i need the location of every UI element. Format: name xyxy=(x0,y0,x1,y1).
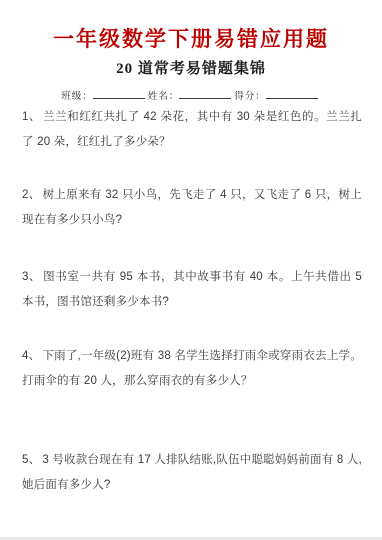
name-blank-line xyxy=(179,89,231,99)
problem-1-number: 1、 xyxy=(22,111,41,123)
score-label: 得分： xyxy=(234,91,266,102)
problem-5: 5、3 号收款台现在有 17 人排队结账,队伍中聪聪妈妈前面有 8 人,她后面有… xyxy=(22,448,362,498)
page-subtitle: 20 道常考易错题集锦 xyxy=(0,60,382,78)
name-label: 姓名： xyxy=(148,91,180,102)
problem-2: 2、树上原来有 32 只小鸟，先飞走了 4 只，又飞走了 6 只，树上现在有多少… xyxy=(22,183,362,233)
problem-1: 1、兰兰和红红共扎了 42 朵花，其中有 30 朵是红色的。兰兰扎了 20 朵，… xyxy=(22,105,362,155)
problem-3-text: 图书室一共有 95 本书，其中故事书有 40 本。上午共借出 5 本书，图书馆还… xyxy=(22,271,362,308)
student-info-row: 班级：姓名：得分： xyxy=(0,88,382,102)
problem-5-number: 5、 xyxy=(22,454,40,466)
problem-3-number: 3、 xyxy=(22,271,41,283)
class-label: 班级： xyxy=(61,91,93,102)
worksheet-page: 一年级数学下册易错应用题 20 道常考易错题集锦 班级：姓名：得分： 1、兰兰和… xyxy=(0,0,382,540)
problem-2-number: 2、 xyxy=(22,189,41,201)
page-title: 一年级数学下册易错应用题 xyxy=(0,27,382,51)
problem-3: 3、图书室一共有 95 本书，其中故事书有 40 本。上午共借出 5 本书，图书… xyxy=(22,265,362,315)
problem-2-text: 树上原来有 32 只小鸟，先飞走了 4 只，又飞走了 6 只，树上现在有多少只小… xyxy=(22,189,362,226)
problem-4-number: 4、 xyxy=(22,350,40,362)
score-blank-line xyxy=(266,89,318,99)
problem-4-text: 下雨了,一年级(2)班有 38 名学生选择打雨伞或穿雨衣去上学。打雨伞的有 20… xyxy=(22,350,362,387)
problem-1-text: 兰兰和红红共扎了 42 朵花，其中有 30 朵是红色的。兰兰扎了 20 朵，红红… xyxy=(22,111,362,148)
class-blank-line xyxy=(93,89,145,99)
problem-5-text: 3 号收款台现在有 17 人排队结账,队伍中聪聪妈妈前面有 8 人,她后面有多少… xyxy=(22,454,362,491)
problem-4: 4、下雨了,一年级(2)班有 38 名学生选择打雨伞或穿雨衣去上学。打雨伞的有 … xyxy=(22,344,362,394)
